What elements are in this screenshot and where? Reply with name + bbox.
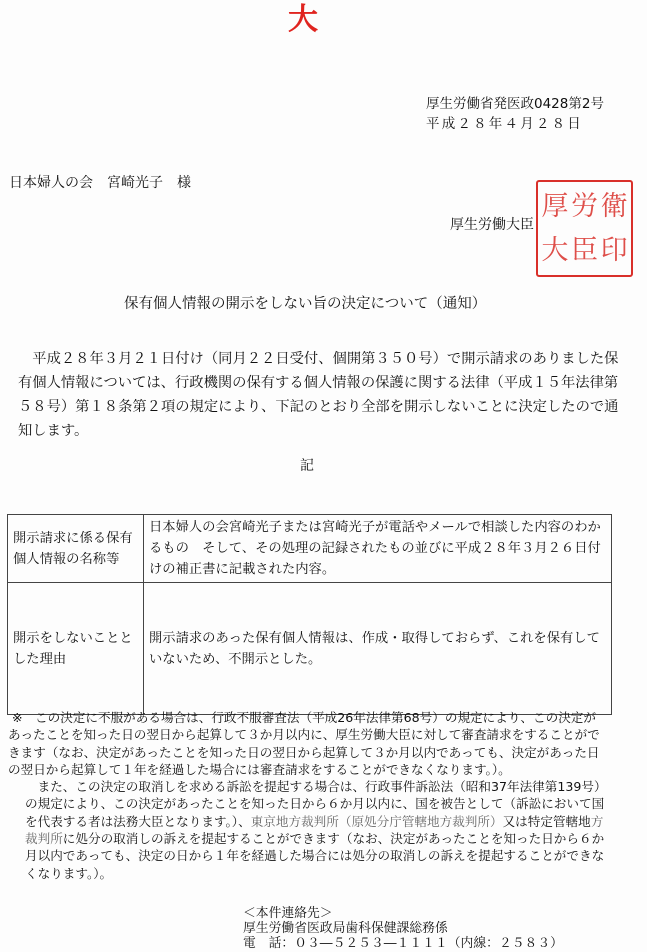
record-table: 開示請求に係る保有個人情報の名称等 日本婦人の会宮崎光子または宮崎光子が電話やメ… (7, 514, 612, 715)
addressee: 日本婦人の会 宮崎光子 様 (9, 172, 191, 192)
contact-heading: ＜本件連絡先＞ (243, 906, 563, 921)
table-row: 開示請求に係る保有個人情報の名称等 日本婦人の会宮崎光子または宮崎光子が電話やメ… (8, 515, 612, 583)
seal-char: 臣 (571, 237, 598, 264)
notice-text: 又は特定管轄地 (503, 814, 591, 829)
seal-char: 衛 (601, 193, 628, 220)
row-label: 開示請求に係る保有個人情報の名称等 (8, 515, 144, 583)
notice-paragraph-1: ※この決定に不服がある場合は、行政不服審査法（平成26年法律第68号）の規定によ… (8, 709, 608, 778)
body-paragraph: 平成２８年３月２１日付け（同月２２日受付、個開第３５０号）で開示請求のありました… (18, 347, 630, 443)
notice-text: この決定に不服がある場合は、行政不服審査法（平成26年法律第68号）の規定により… (8, 710, 600, 777)
notice-text: に処分の取消しの訴えを提起することができます（なお、決定があったことを知った日か… (25, 831, 604, 881)
seal-char: 印 (601, 237, 628, 264)
seal-char: 労 (571, 193, 598, 220)
contact-department: 厚生労働省医政局歯科保健課総務係 (243, 921, 563, 936)
document-number: 厚生労働省発医政0428第2号 (426, 92, 604, 112)
official-seal-icon: 厚 労 衛 大 臣 印 (536, 180, 633, 277)
note-mark: ※ (12, 709, 35, 726)
row-value: 日本婦人の会宮崎光子または宮崎光子が電話やメールで相談した内容のわかるもの そし… (144, 515, 612, 583)
document-title: 保有個人情報の開示をしない旨の決定について（通知） (124, 292, 486, 313)
court-name: 東京地方裁判所（原処分庁管轄地方裁判所） (251, 814, 503, 829)
contact-phone: 電 話：０３―５２５３―１１１１（内線：２５８３） (243, 936, 563, 951)
notice-paragraph-2: また、この決定の取消しを求める訴訟を提起する場合は、行政事件訴訟法（昭和37年法… (8, 778, 608, 882)
red-stamp-top: 大 (288, 0, 318, 38)
contact-block: ＜本件連絡先＞ 厚生労働省医政局歯科保健課総務係 電 話：０３―５２５３―１１１… (243, 906, 563, 951)
table-row: 開示をしないこととした理由 開示請求のあった保有個人情報は、作成・取得しておらず… (8, 583, 612, 715)
row-value: 開示請求のあった保有個人情報は、作成・取得しておらず、これを保有していないため、… (144, 583, 612, 715)
seal-char: 厚 (541, 193, 568, 220)
ki-heading: 記 (300, 455, 314, 475)
sender: 厚生労働大臣 (450, 214, 534, 234)
appeal-notice: ※この決定に不服がある場合は、行政不服審査法（平成26年法律第68号）の規定によ… (8, 709, 608, 882)
document-date: 平成２８年４月２８日 (426, 112, 583, 132)
row-label: 開示をしないこととした理由 (8, 583, 144, 715)
seal-char: 大 (541, 237, 568, 264)
